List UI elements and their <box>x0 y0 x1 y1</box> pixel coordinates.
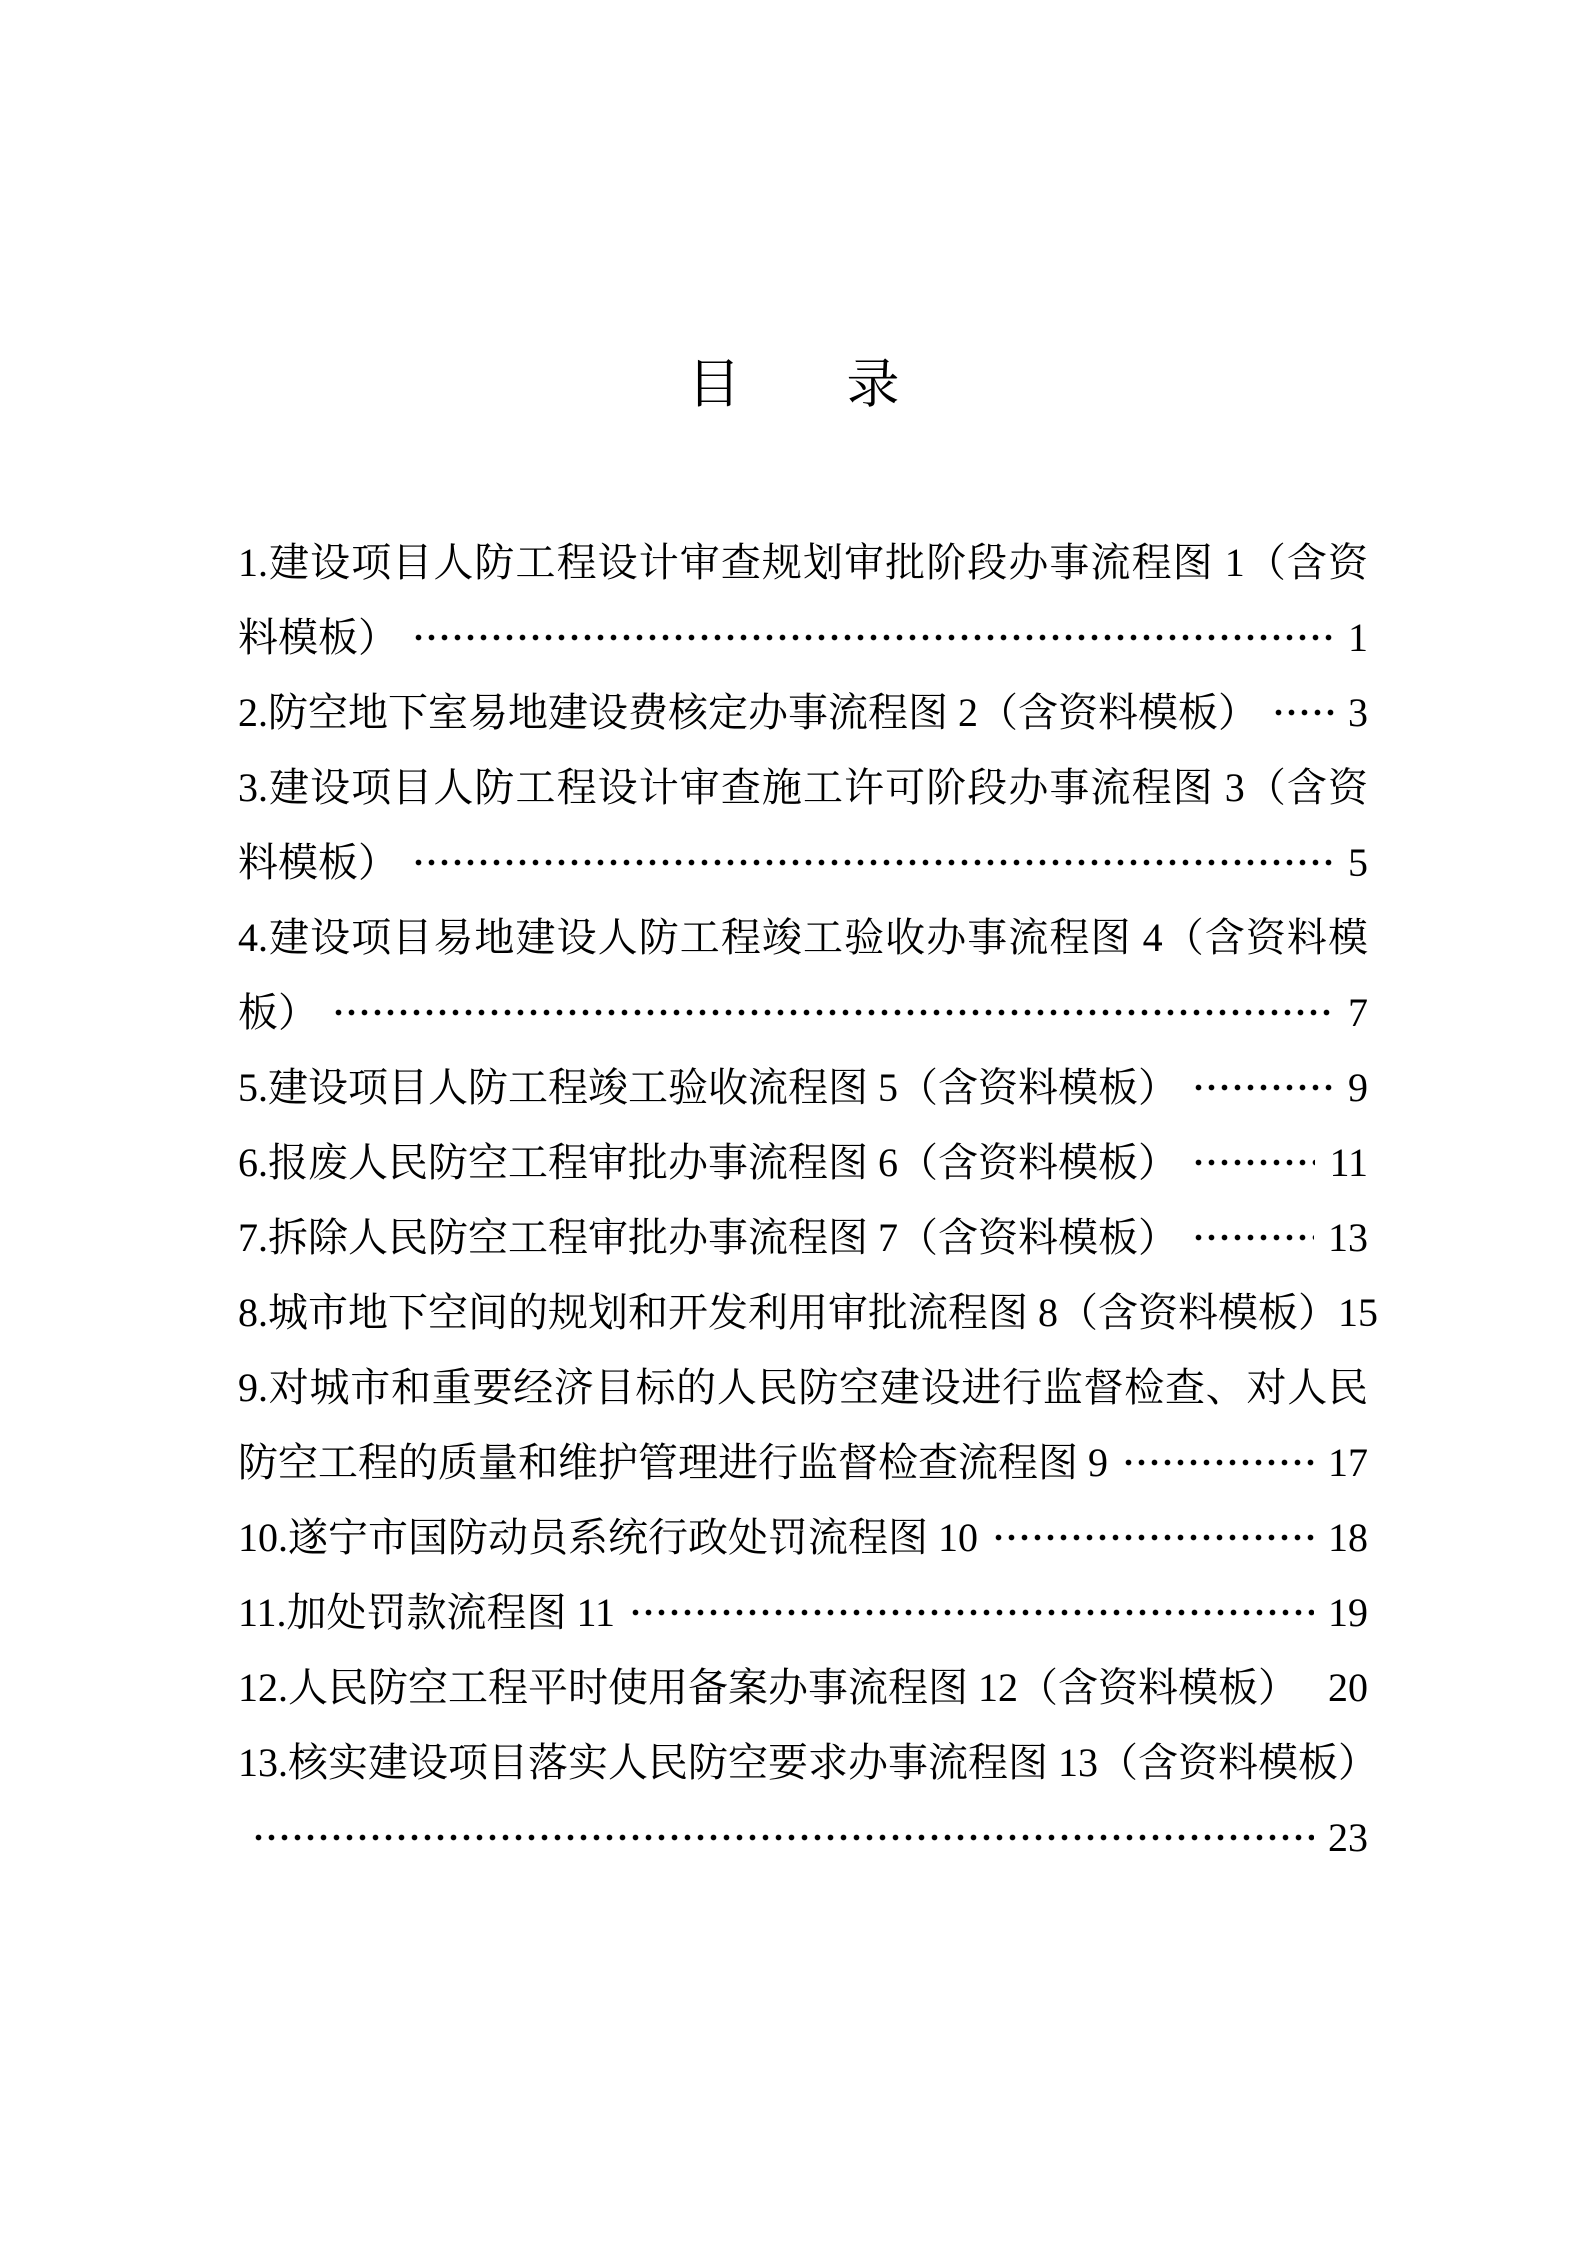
toc-entry-text: 8.城市地下空间的规划和开发利用审批流程图 8（含资料模板） <box>238 1275 1338 1350</box>
dot-leader <box>1192 1200 1314 1275</box>
toc-page-number: 9 <box>1348 1050 1368 1125</box>
toc-entry-text: 9.对城市和重要经济目标的人民防空建设进行监督检查、对人民 <box>238 1365 1368 1410</box>
toc-entry-text: 防空工程的质量和维护管理进行监督检查流程图 9 <box>238 1425 1108 1500</box>
toc-entry-8: 8.城市地下空间的规划和开发利用审批流程图 8（含资料模板） 15 <box>238 1275 1368 1350</box>
toc-entry-text: 10.遂宁市国防动员系统行政处罚流程图 10 <box>238 1500 978 1575</box>
dot-leader <box>629 1575 1314 1650</box>
toc-entry-text: 板） <box>238 975 318 1050</box>
toc-entry-text: 2.防空地下室易地建设费核定办事流程图 2（含资料模板） <box>238 675 1258 750</box>
page-title: 目 录 <box>0 342 1587 418</box>
toc-entry-3-line-2: 料模板） 5 <box>238 825 1368 900</box>
document-page: 目 录 1.建设项目人防工程设计审查规划审批阶段办事流程图 1（含资 料模板） … <box>0 0 1587 2245</box>
toc-entry-text: 6.报废人民防空工程审批办事流程图 6（含资料模板） <box>238 1125 1178 1200</box>
dot-leader <box>1272 675 1334 750</box>
toc-entry-11: 11.加处罚款流程图 11 19 <box>238 1575 1368 1650</box>
toc-page-number: 11 <box>1329 1125 1368 1200</box>
dot-leader <box>252 1800 1314 1875</box>
toc-entry-text: 13.核实建设项目落实人民防空要求办事流程图 13（含资料模板） <box>238 1740 1378 1785</box>
dot-leader <box>332 975 1334 1050</box>
toc-entry-10: 10.遂宁市国防动员系统行政处罚流程图 10 18 <box>238 1500 1368 1575</box>
toc-entry-7: 7.拆除人民防空工程审批办事流程图 7（含资料模板） 13 <box>238 1200 1368 1275</box>
toc-page-number: 23 <box>1328 1800 1368 1875</box>
dot-leader <box>412 600 1334 675</box>
toc-entry-text: 7.拆除人民防空工程审批办事流程图 7（含资料模板） <box>238 1200 1178 1275</box>
toc-page-number: 5 <box>1348 825 1368 900</box>
toc-entry-6: 6.报废人民防空工程审批办事流程图 6（含资料模板） 11 <box>238 1125 1368 1200</box>
toc-entry-text: 4.建设项目易地建设人防工程竣工验收办事流程图 4（含资料模 <box>238 915 1368 960</box>
toc-entry-text: 料模板） <box>238 600 398 675</box>
toc-entry-text: 12.人民防空工程平时使用备案办事流程图 12（含资料模板） <box>238 1650 1298 1725</box>
toc-page-number: 19 <box>1328 1575 1368 1650</box>
dot-leader <box>1122 1425 1314 1500</box>
toc-entry-13-line-1: 13.核实建设项目落实人民防空要求办事流程图 13（含资料模板） <box>238 1725 1368 1800</box>
toc-page-number: 20 <box>1328 1650 1368 1725</box>
toc-entry-4-line-1: 4.建设项目易地建设人防工程竣工验收办事流程图 4（含资料模 <box>238 900 1368 975</box>
toc-entry-5: 5.建设项目人防工程竣工验收流程图 5（含资料模板） 9 <box>238 1050 1368 1125</box>
toc-page-number: 7 <box>1348 975 1368 1050</box>
toc-page-number: 15 <box>1338 1275 1378 1350</box>
toc-entry-12: 12.人民防空工程平时使用备案办事流程图 12（含资料模板） 20 <box>238 1650 1368 1725</box>
toc-page-number: 3 <box>1348 675 1368 750</box>
toc-page-number: 1 <box>1348 600 1368 675</box>
toc-page-number: 18 <box>1328 1500 1368 1575</box>
toc-entry-text: 3.建设项目人防工程设计审查施工许可阶段办事流程图 3（含资 <box>238 765 1368 810</box>
toc-page-number: 17 <box>1328 1425 1368 1500</box>
toc-entry-text: 1.建设项目人防工程设计审查规划审批阶段办事流程图 1（含资 <box>238 540 1368 585</box>
dot-leader <box>1192 1125 1315 1200</box>
toc-entry-4-line-2: 板） 7 <box>238 975 1368 1050</box>
toc-entry-2: 2.防空地下室易地建设费核定办事流程图 2（含资料模板） 3 <box>238 675 1368 750</box>
toc-entry-9-line-2: 防空工程的质量和维护管理进行监督检查流程图 9 17 <box>238 1425 1368 1500</box>
toc-entry-text: 11.加处罚款流程图 11 <box>238 1575 615 1650</box>
dot-leader <box>1192 1050 1334 1125</box>
dot-leader <box>992 1500 1314 1575</box>
toc-entry-text: 5.建设项目人防工程竣工验收流程图 5（含资料模板） <box>238 1050 1178 1125</box>
toc-entry-1-line-2: 料模板） 1 <box>238 600 1368 675</box>
toc-entry-text: 料模板） <box>238 825 398 900</box>
table-of-contents: 1.建设项目人防工程设计审查规划审批阶段办事流程图 1（含资 料模板） 1 2.… <box>238 525 1368 1875</box>
toc-entry-3-line-1: 3.建设项目人防工程设计审查施工许可阶段办事流程图 3（含资 <box>238 750 1368 825</box>
toc-entry-13-line-2: 23 <box>238 1800 1368 1875</box>
toc-entry-9-line-1: 9.对城市和重要经济目标的人民防空建设进行监督检查、对人民 <box>238 1350 1368 1425</box>
toc-page-number: 13 <box>1328 1200 1368 1275</box>
dot-leader <box>412 825 1334 900</box>
dot-leader <box>1312 1650 1314 1725</box>
toc-entry-1-line-1: 1.建设项目人防工程设计审查规划审批阶段办事流程图 1（含资 <box>238 525 1368 600</box>
